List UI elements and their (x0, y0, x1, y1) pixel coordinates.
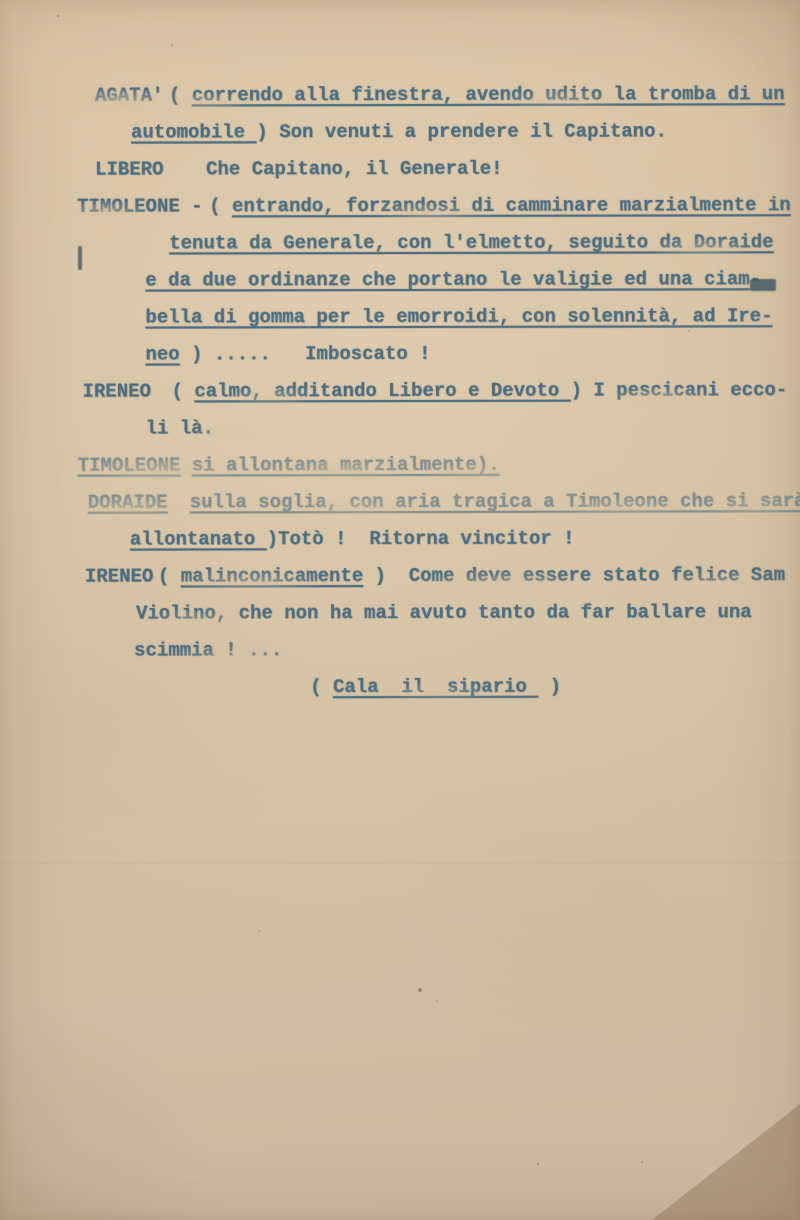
stage-direction-segment: correndo alla finestra, avendo udito la … (192, 83, 785, 106)
line-segment: ) Son venuti a prendere il Capitano. (256, 120, 667, 143)
dialog-continuation-text: neo ) ..... Imboscato ! (145, 343, 430, 366)
stage-direction-segment: allontanato (130, 528, 267, 550)
dialog-continuation-text: tenuta da Generale, con l'elmetto, segui… (169, 231, 773, 254)
script-line: LIBEROChe Capitano, il Generale! (0, 157, 799, 189)
line-segment: - (750, 268, 761, 290)
stage-direction-segment: malinconicamente (181, 565, 363, 587)
dialog-text: ( calmo, additando Libero e Devoto ) I p… (172, 379, 788, 402)
script-line: bella di gomma per le emorroidi, con sol… (0, 305, 799, 337)
dialog-text: ( entrando, forzandosi di camminare marz… (209, 194, 791, 217)
line-segment: ) Come deve essere stato felice Sam (363, 564, 785, 587)
script-line: e da due ordinanze che portano le valigi… (0, 268, 799, 300)
script-line: neo ) ..... Imboscato ! (0, 342, 800, 374)
script-line: TIMOLEONE -( entrando, forzandosi di cam… (0, 194, 799, 226)
script-line: ( Cala il sipario ) (0, 675, 800, 707)
dialog-continuation-text: ( Cala il sipario ) (310, 676, 561, 699)
stage-direction-segment: entrando, forzandosi di camminare marzia… (232, 194, 791, 217)
character-name: AGATA' (95, 84, 163, 106)
script-line: automobile ) Son venuti a prendere il Ca… (0, 120, 799, 152)
line-segment: li là. (146, 417, 214, 439)
dialog-text: Che Capitano, il Generale! (206, 158, 502, 181)
stage-direction-segment: tenuta da Generale, con l'elmetto, segui… (169, 231, 773, 254)
stage-direction-segment: bella di gomma per le emorroidi, con sol… (145, 305, 772, 328)
stage-direction-segment: si allontana marzialmente). (192, 454, 500, 477)
dialog-text: si allontana marzialmente). (192, 454, 500, 477)
character-name: TIMOLEONE - (77, 195, 202, 217)
dialog-continuation-text: e da due ordinanze che portano le valigi… (145, 268, 761, 291)
line-segment: ( (172, 380, 195, 402)
stage-direction-segment: e da due ordinanze che portano le valigi… (145, 268, 749, 291)
character-name: DORAIDE (88, 491, 168, 513)
script-line: allontanato )Totò ! Ritorna vincitor ! (0, 527, 800, 559)
line-segment: ) I pescicani ecco- (571, 379, 788, 401)
stage-direction-segment: automobile (131, 121, 256, 143)
character-name: IRENEO (83, 381, 151, 403)
dialog-continuation-text: Violino, che non ha mai avuto tanto da f… (136, 601, 752, 624)
script-line: li là. (0, 416, 800, 448)
dialog-text: sulla soglia, con aria tragica a Timoleo… (190, 490, 800, 513)
script-line: DORAIDEsulla soglia, con aria tragica a … (0, 490, 800, 522)
dialog-text: ( malinconicamente ) Come deve essere st… (158, 564, 785, 587)
character-name: TIMOLEONE (78, 454, 181, 476)
line-segment: ) (538, 676, 561, 698)
dialog-continuation-text: li là. (146, 417, 214, 439)
script-text-block: AGATA'( correndo alla finestra, avendo u… (0, 0, 800, 1220)
character-name: IRENEO (85, 566, 153, 588)
stage-direction-segment: calmo, additando Libero e Devoto (194, 380, 570, 403)
dialog-continuation-text: allontanato )Totò ! Ritorna vincitor ! (130, 528, 575, 551)
line-segment: )Totò ! Ritorna vincitor ! (267, 528, 575, 551)
dialog-continuation-text: automobile ) Son venuti a prendere il Ca… (131, 120, 667, 143)
stage-direction-segment: sulla soglia, con aria tragica a Timoleo… (190, 490, 800, 513)
dialog-continuation-text: scimmia ! ... (134, 639, 282, 661)
line-segment: ( (209, 195, 232, 217)
script-page: AGATA'( correndo alla finestra, avendo u… (0, 0, 800, 1220)
dialog-text: ( correndo alla finestra, avendo udito l… (169, 83, 785, 106)
stage-direction-segment: Cala il sipario (333, 676, 538, 698)
line-segment: ( (169, 84, 192, 106)
line-segment: scimmia ! ... (134, 639, 282, 661)
character-name: LIBERO (95, 158, 163, 180)
line-segment: ( (310, 676, 333, 698)
dialog-continuation-text: bella di gomma per le emorroidi, con sol… (145, 305, 772, 328)
line-segment: ) ..... Imboscato ! (180, 343, 431, 366)
script-line: IRENEO( calmo, additando Libero e Devoto… (0, 379, 800, 411)
script-line: scimmia ! ... (0, 638, 800, 670)
script-line: TIMOLEONEsi allontana marzialmente). (0, 453, 800, 485)
script-line: tenuta da Generale, con l'elmetto, segui… (0, 231, 799, 263)
script-line: Violino, che non ha mai avuto tanto da f… (0, 601, 800, 633)
stage-direction-segment: neo (145, 343, 179, 365)
script-line: IRENEO( malinconicamente ) Come deve ess… (0, 564, 800, 596)
line-segment: Che Capitano, il Generale! (206, 158, 502, 181)
line-segment: ( (158, 565, 181, 587)
line-segment: Violino, che non ha mai avuto tanto da f… (136, 601, 752, 624)
script-line: AGATA'( correndo alla finestra, avendo u… (0, 83, 799, 115)
